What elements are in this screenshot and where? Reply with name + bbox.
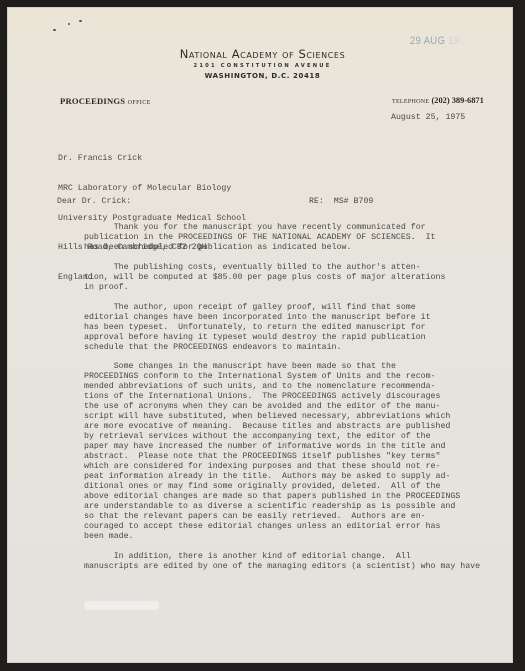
text-line: manuscripts are edited by one of the man…	[84, 562, 480, 572]
telephone-line: Telephone (202) 389-6871	[392, 96, 484, 105]
paragraph-gap	[84, 253, 480, 263]
text-line: PROCEEDINGS conform to the International…	[84, 372, 480, 382]
text-line: are understandable to as diverse a scien…	[84, 502, 480, 512]
text-line: in proof.	[84, 283, 480, 293]
text-line: The publishing costs, eventually billed …	[84, 263, 480, 273]
text-line: has been scheduled for publication as in…	[84, 243, 480, 253]
text-line: tions of the International Unions. The P…	[84, 392, 480, 402]
letter-date: August 25, 1975	[391, 113, 465, 123]
body-paragraph: Some changes in the manuscript have been…	[84, 362, 480, 541]
scan-speck	[68, 23, 70, 25]
text-line: are more evocative of meaning. Because t…	[84, 422, 480, 432]
text-line: mended abbreviations of such units, and …	[84, 382, 480, 392]
office-suffix: office	[128, 100, 151, 106]
text-line: editorial changes have been incorporated…	[84, 313, 480, 323]
letterhead-city: WASHINGTON, D.C. 20418	[0, 72, 525, 80]
text-line: abstract. Please note that the PROCEEDIN…	[84, 452, 480, 462]
text-line: couraged to accept these editorial chang…	[84, 522, 480, 532]
text-line: Thank you for the manuscript you have re…	[84, 223, 480, 233]
phone-number: (202) 389-6871	[431, 96, 483, 105]
text-line: The author, upon receipt of galley proof…	[84, 303, 480, 313]
stamp-year: 19..	[448, 35, 465, 47]
address-line: Dr. Francis Crick	[58, 154, 246, 164]
text-line: so that the relevant papers can be easil…	[84, 512, 480, 522]
text-line: Some changes in the manuscript have been…	[84, 362, 480, 372]
letterhead-organization: National Academy of Sciences	[0, 47, 525, 61]
text-line: approval before having it typeset would …	[84, 333, 480, 343]
text-line: In addition, there is another kind of ed…	[84, 552, 480, 562]
body-paragraph: Thank you for the manuscript you have re…	[84, 223, 480, 253]
received-stamp: 29 AUG 19..	[410, 35, 466, 47]
smudge	[84, 601, 159, 610]
text-line: publication in the PROCEEDINGS OF THE NA…	[84, 233, 480, 243]
text-line: been made.	[84, 532, 480, 542]
text-line: above editorial changes are made so that…	[84, 492, 480, 502]
text-line: paper may have increased the number of i…	[84, 442, 480, 452]
address-line: MRC Laboratory of Molecular Biology	[58, 184, 246, 194]
phone-label: Telephone	[392, 99, 429, 105]
paragraph-gap	[84, 352, 480, 362]
text-line: has been typeset. Unfortunately, to retu…	[84, 323, 480, 333]
text-line: tion, will be computed at $85.00 per pag…	[84, 273, 480, 283]
text-line: schedule that the PROCEEDINGS endeavors …	[84, 343, 480, 353]
letter-body: Thank you for the manuscript you have re…	[84, 223, 480, 572]
scan-speck	[53, 29, 56, 31]
text-line: ditional ones or may find some originall…	[84, 482, 480, 492]
paragraph-gap	[84, 542, 480, 552]
body-paragraph: The publishing costs, eventually billed …	[84, 263, 480, 293]
paragraph-gap	[84, 293, 480, 303]
office-main: PROCEEDINGS	[60, 96, 125, 106]
body-paragraph: In addition, there is another kind of ed…	[84, 552, 480, 572]
office-label: PROCEEDINGS office	[60, 96, 151, 106]
text-line: peat information already in the title. A…	[84, 472, 480, 482]
scan-speck	[79, 20, 82, 22]
manuscript-reference: RE: MS# B709	[309, 197, 373, 207]
text-line: by retrieval services without the accomp…	[84, 432, 480, 442]
letterhead-street: 2101 CONSTITUTION AVENUE	[0, 63, 525, 69]
stamp-date: 29 AUG	[410, 35, 445, 47]
text-line: the use of acronyms when they can be avo…	[84, 402, 480, 412]
text-line: which are considered for indexing purpos…	[84, 462, 480, 472]
body-paragraph: The author, upon receipt of galley proof…	[84, 303, 480, 353]
text-line: script will have substituted, when belie…	[84, 412, 480, 422]
salutation: Dear Dr. Crick:	[57, 197, 131, 207]
